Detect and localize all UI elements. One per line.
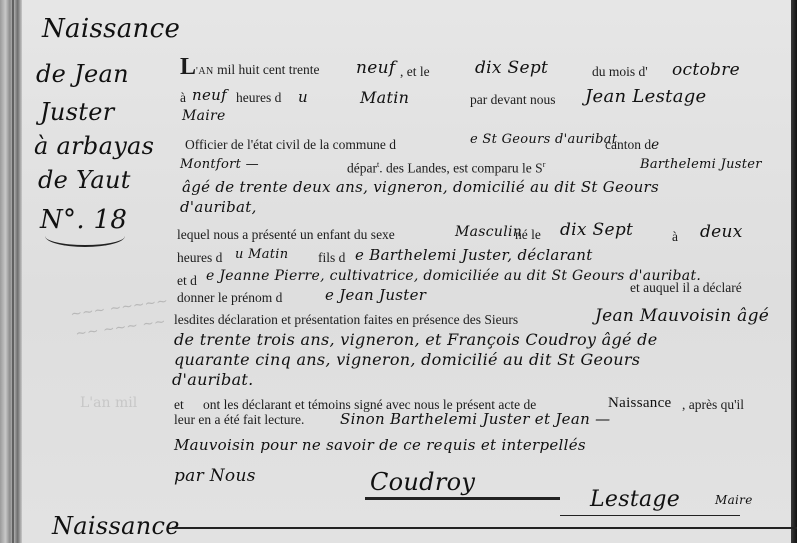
time-field: Matin (360, 88, 409, 107)
binding-edge (0, 0, 22, 543)
line-1: L'AN mil huit cent trente (180, 54, 320, 81)
declarant-details: âgé de trente deux ans, vigneron, domici… (182, 178, 659, 196)
act-separator-rule (172, 527, 797, 529)
signature-note: Sinon Barthelemi Juster et Jean — (340, 410, 610, 428)
signature-underline (560, 515, 740, 516)
declarant-details: d'auribat, (180, 198, 257, 216)
printed-text: à (180, 90, 186, 106)
register-page: ~~~ ~~~~~ ~~ ~~~ ~~ L'an mil Naissance d… (0, 0, 797, 543)
printed-text: heures d (177, 250, 222, 266)
printed-text: canton de (605, 137, 659, 153)
printed-text: Officier de l'état civil de la commune d (185, 137, 396, 153)
witness-details: d'auribat. (172, 370, 254, 389)
officer-name-field: Jean Lestage (585, 86, 707, 107)
printed-text: , et le (400, 64, 430, 80)
page-right-edge (791, 0, 797, 543)
witness-details: quarante cinq ans, vigneron, domicilié a… (174, 350, 640, 369)
witness-details: de trente trois ans, vigneron, et Franço… (174, 330, 657, 349)
margin-title: Naissance (42, 14, 180, 44)
witness-signature: Coudroy (370, 468, 475, 496)
margin-line: Juster (40, 98, 115, 126)
birth-hour-field: deux (700, 222, 743, 242)
hour-field: neuf (192, 86, 227, 104)
printed-text: et d (177, 273, 197, 289)
year-field: neuf (356, 58, 395, 78)
declarant-name-field: Barthelemi Juster (640, 157, 762, 172)
margin-line: de Yaut (38, 166, 131, 194)
par-nous-text: par Nous (174, 466, 256, 486)
mother-field: e Jeanne Pierre, cultivatrice, domicilié… (206, 268, 701, 284)
day-field: dix Sept (475, 58, 548, 78)
handwritten-text: u (298, 88, 308, 106)
printed-text: lequel nous a présenté un enfant du sexe (177, 227, 395, 243)
printed-text: donner le prénom d (177, 290, 282, 306)
bleed-through-text: L'an mil (80, 395, 137, 411)
signature-underline (365, 497, 560, 500)
act-type-field: Naissance (608, 395, 672, 412)
month-field: octobre (672, 60, 740, 80)
mayor-title: Maire (715, 493, 753, 507)
printed-text: et auquel il a déclaré (630, 280, 742, 296)
witness-field: Jean Mauvoisin âgé (595, 306, 769, 326)
canton-field: Montfort — (180, 157, 259, 172)
printed-text: par devant nous (470, 92, 555, 108)
margin-line: à arbayas (34, 132, 154, 160)
father-field: e Barthelemi Juster, déclarant (355, 246, 593, 264)
printed-text: départ. des Landes, est comparu le Sr (347, 160, 545, 177)
printed-text: , après qu'il (682, 397, 744, 413)
margin-flourish (45, 225, 125, 247)
printed-text: né le (515, 227, 541, 243)
printed-text: du mois d' (592, 64, 648, 80)
printed-text: et (174, 397, 184, 413)
sex-field: Masculin (455, 224, 522, 240)
printed-text: lesdites déclaration et présentation fai… (174, 312, 518, 328)
handwritten-text: u Matin (235, 247, 288, 262)
printed-text: fils d (318, 250, 345, 266)
child-name-field: e Jean Juster (325, 286, 426, 304)
signature-note: Mauvoisin pour ne savoir de ce requis et… (174, 436, 586, 454)
next-entry-title: Naissance (52, 512, 180, 540)
officer-role-field: Maire (182, 108, 226, 124)
printed-text: à (672, 229, 678, 245)
commune-field: e St Geours d'auribat (470, 132, 617, 147)
binding-line (12, 0, 14, 543)
birth-day-field: dix Sept (560, 220, 633, 240)
printed-text: heures d (236, 90, 281, 106)
printed-text: leur en a été fait lecture. (174, 412, 304, 428)
mayor-signature: Lestage (590, 487, 680, 512)
margin-line: de Jean (36, 60, 129, 88)
